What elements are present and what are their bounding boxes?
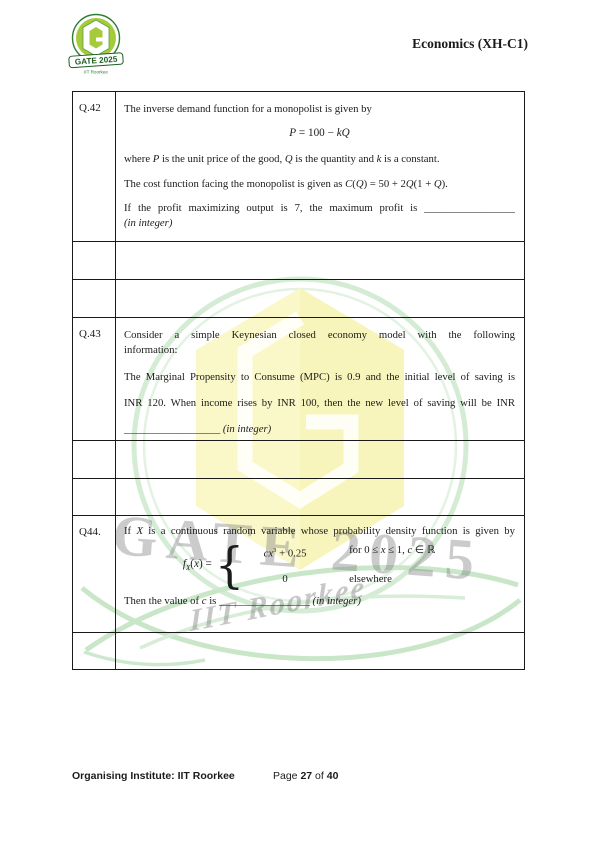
formula-lhs: fX(x) =: [183, 558, 212, 572]
question-cell: Consider a simple Keynesian closed econo…: [116, 318, 524, 440]
question-cell: The inverse demand function for a monopo…: [116, 92, 524, 241]
footer-page-word: Page: [273, 770, 300, 782]
question-line: The Marginal Propensity to Consume (MPC)…: [124, 364, 515, 390]
case-value: cx3 + 0.25: [245, 543, 325, 562]
question-line: The cost function facing the monopolist …: [124, 177, 515, 192]
empty-label-cell: [73, 633, 116, 669]
empty-label-cell: [73, 479, 116, 515]
empty-label-cell: [73, 441, 116, 478]
footer-organising-institute: Organising Institute: IIT Roorkee: [72, 770, 235, 782]
table-row-empty: [73, 440, 524, 478]
footer-of-word: of: [312, 770, 327, 782]
empty-label-cell: [73, 280, 116, 317]
formula-cases: cx3 + 0.25 for 0 ≤ x ≤ 1, c ∈ ℝ 0 elsewh…: [245, 543, 494, 588]
empty-cell: [116, 242, 524, 279]
table-row-empty: [73, 279, 524, 317]
empty-cell: [116, 441, 524, 478]
question-line: (in integer): [124, 216, 515, 231]
table-row-q44: Q44. If X is a continuous random variabl…: [73, 515, 524, 632]
question-line: INR 120. When income rises by INR 100, t…: [124, 390, 515, 416]
question-line: Consider a simple Keynesian closed econo…: [124, 328, 515, 343]
footer-page-indicator: Page 27 of 40: [273, 770, 338, 782]
curly-brace-glyph: {: [215, 541, 244, 589]
case-condition: elsewhere: [349, 572, 494, 587]
footer-page-number: 27: [300, 770, 312, 782]
answer-blank-line: Then the value of c is _________________…: [124, 594, 515, 609]
question-line: where P is the unit price of the good, Q…: [124, 152, 515, 167]
empty-cell: [116, 633, 524, 669]
question-number: Q.42: [73, 92, 116, 241]
case-condition: for 0 ≤ x ≤ 1, c ∈ ℝ: [349, 543, 494, 562]
question-number: Q.43: [73, 318, 116, 440]
gate-logo-icon: GATE 2025 IIT Roorkee: [62, 8, 130, 78]
exam-paper-page: GATE 2025 IIT Roorkee GATE 2025 IIT Roor…: [0, 0, 595, 842]
table-row-empty: [73, 632, 524, 669]
empty-label-cell: [73, 242, 116, 279]
empty-cell: [116, 479, 524, 515]
page-title: Economics (XH-C1): [412, 36, 528, 52]
empty-cell: [116, 280, 524, 317]
table-row-q43: Q.43 Consider a simple Keynesian closed …: [73, 317, 524, 440]
logo-sub-text: IIT Roorkee: [84, 70, 108, 75]
answer-blank-line: __________________ (in integer): [124, 416, 515, 440]
case-value: 0: [245, 572, 325, 587]
answer-blank-line: If the profit maximizing output is 7, th…: [124, 201, 515, 216]
table-row-q42: Q.42 The inverse demand function for a m…: [73, 92, 524, 241]
footer-page-total: 40: [327, 770, 339, 782]
question-line: If X is a continuous random variable who…: [124, 524, 515, 539]
question-line: information:: [124, 343, 515, 358]
question-number: Q44.: [73, 516, 116, 632]
formula-line: P = 100 − kQ: [124, 126, 515, 141]
table-row-empty: [73, 478, 524, 515]
piecewise-formula: fX(x) = { cx3 + 0.25 for 0 ≤ x ≤ 1, c ∈ …: [162, 542, 515, 588]
question-table: Q.42 The inverse demand function for a m…: [72, 91, 525, 670]
question-line: The inverse demand function for a monopo…: [124, 102, 515, 117]
table-row-empty: [73, 241, 524, 279]
question-cell: If X is a continuous random variable who…: [116, 516, 524, 632]
